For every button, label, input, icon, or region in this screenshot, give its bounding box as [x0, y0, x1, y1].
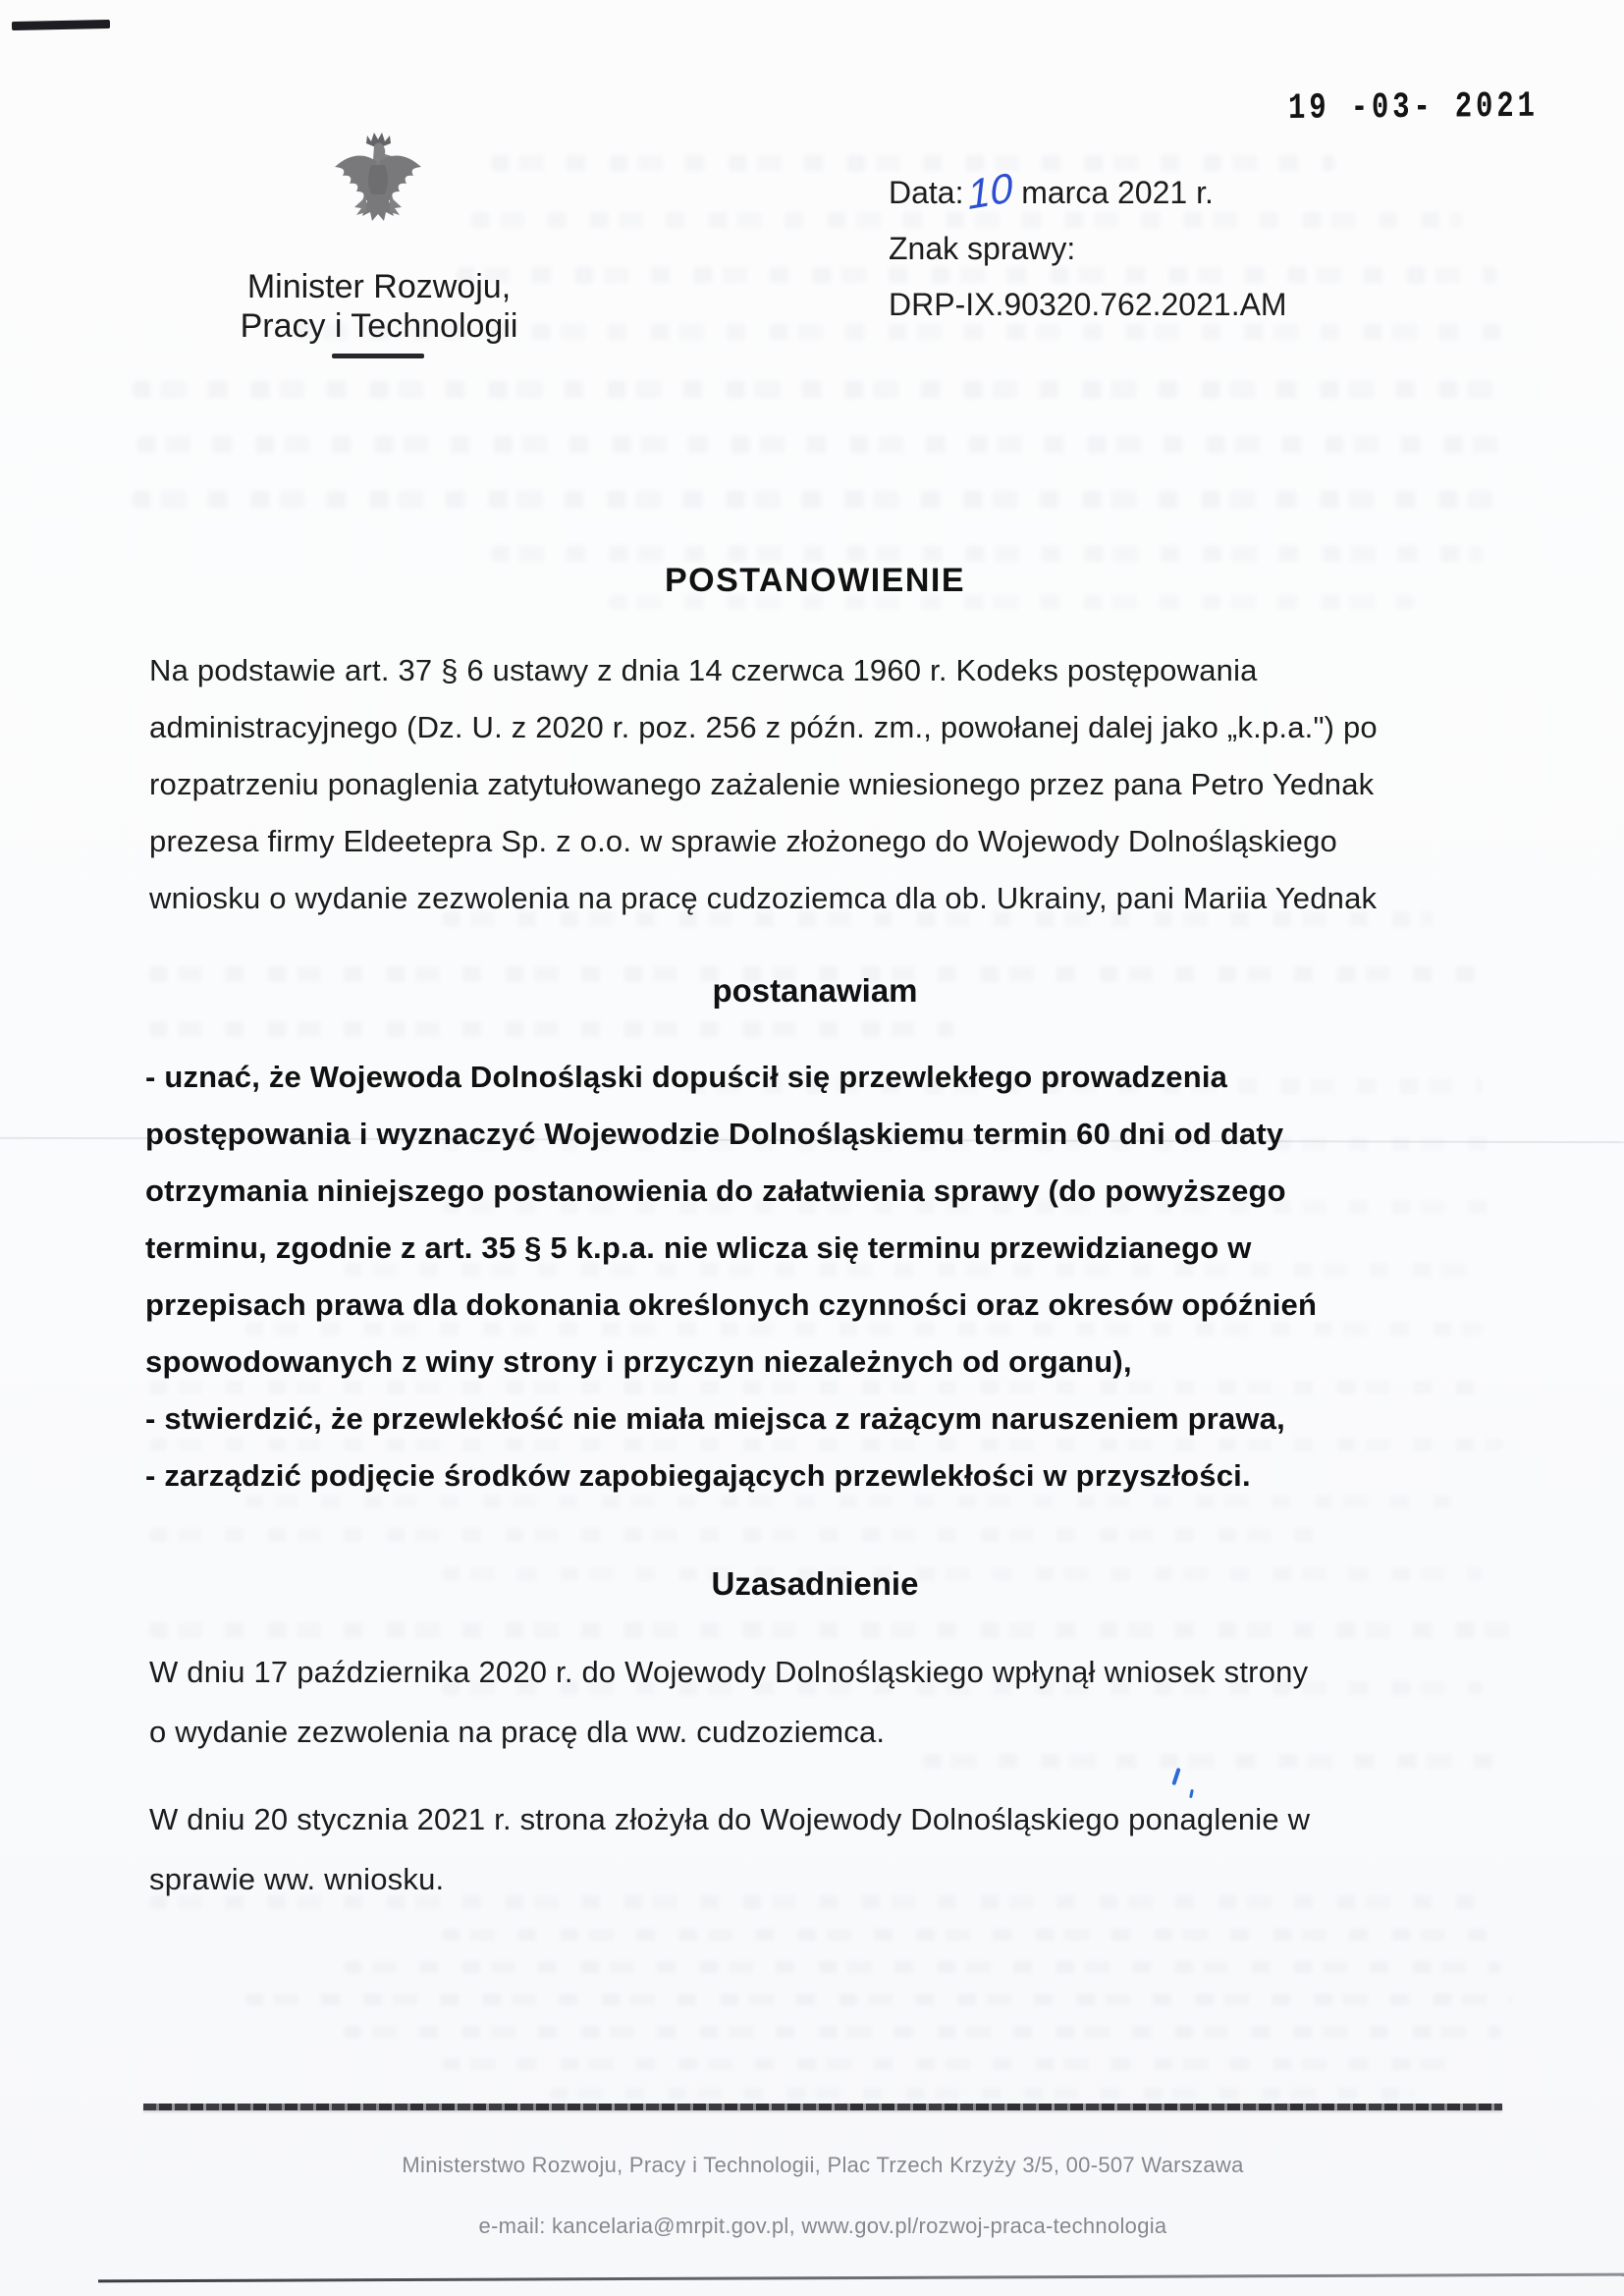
bleedthrough-artifact — [550, 2088, 1414, 2100]
bleedthrough-artifact — [149, 1528, 1318, 1542]
sender-underline — [332, 354, 424, 358]
received-date-stamp: 19 -03- 2021 — [1288, 86, 1539, 130]
bleedthrough-artifact — [149, 1021, 954, 1037]
bleedthrough-artifact — [133, 491, 1507, 508]
scan-corner-mark — [12, 20, 110, 30]
date-label: Data: — [889, 175, 963, 210]
polish-eagle-emblem-icon — [330, 130, 426, 246]
handwritten-day: 10 — [968, 188, 1013, 195]
bleedthrough-artifact — [149, 1622, 1514, 1638]
justification-heading: Uzasadnienie — [147, 1565, 1483, 1603]
case-number: DRP-IX.90320.762.2021.AM — [889, 277, 1287, 333]
bleedthrough-artifact — [442, 1929, 1502, 1941]
page-bottom-edge — [98, 2273, 1624, 2283]
document-title: POSTANOWIENIE — [147, 562, 1483, 600]
bleedthrough-artifact — [137, 436, 1507, 453]
justification-paragraph-1: W dniu 17 października 2020 r. do Wojewo… — [149, 1642, 1543, 1762]
decision-paragraph: - uznać, że Wojewoda Dolnośląski dopuści… — [145, 1049, 1540, 1504]
justification-paragraph-2: W dniu 20 stycznia 2021 r. strona złożył… — [149, 1789, 1543, 1909]
scanned-document-page: 19 -03- 2021 Minister Rozwoju, Pracy i T… — [0, 0, 1624, 2296]
bleedthrough-artifact — [344, 2026, 1502, 2038]
footer-address: Ministerstwo Rozwoju, Pracy i Technologi… — [143, 2119, 1502, 2271]
sender-name: Minister Rozwoju, Pracy i Technologii — [214, 267, 544, 346]
bleedthrough-artifact — [491, 546, 1483, 562]
pen-mark — [1171, 1768, 1180, 1785]
decision-heading: postanawiam — [147, 972, 1483, 1010]
bleedthrough-artifact — [133, 381, 1507, 398]
date-line: Data:10marca 2021 r. — [889, 165, 1287, 221]
case-label: Znak sprawy: — [889, 221, 1287, 277]
footer-rule — [143, 2104, 1502, 2110]
footer-line-contact: e-mail: kancelaria@mrpit.gov.pl, www.gov… — [143, 2211, 1502, 2241]
document-meta: Data:10marca 2021 r. Znak sprawy: DRP-IX… — [889, 165, 1287, 333]
bleedthrough-artifact — [442, 2058, 1453, 2070]
intro-paragraph: Na podstawie art. 37 § 6 ustawy z dnia 1… — [149, 642, 1524, 927]
bleedthrough-artifact — [344, 1961, 1502, 1973]
date-rest: marca 2021 r. — [1021, 175, 1214, 210]
bleedthrough-artifact — [245, 1994, 1512, 2005]
footer-line-address: Ministerstwo Rozwoju, Pracy i Technologi… — [143, 2150, 1502, 2180]
